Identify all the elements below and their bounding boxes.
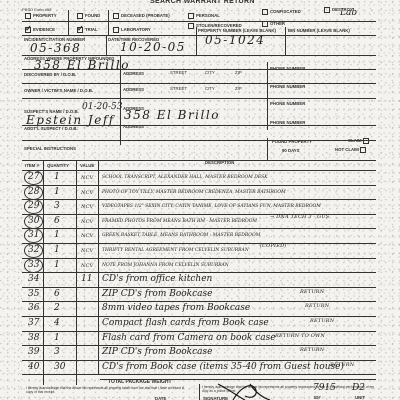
row-note: RETURN [330,362,354,368]
special-instructions-label: SPECIAL INSTRUCTIONS [24,146,76,151]
divider [22,69,376,70]
address-label: ADDRESS [123,124,144,129]
item-number: 35 [28,289,39,299]
checkbox-box[interactable] [324,7,330,13]
phone-label: PHONE NUMBER [270,120,305,125]
divider [22,83,376,84]
checkbox-laboratory[interactable]: LABORATORY [113,27,151,33]
id-value[interactable]: 7915 [313,383,336,393]
item-number: 40 [28,362,39,372]
found-property-label: FOUND PROPERTY [272,139,312,144]
table-row[interactable]: 356ZIP CD's from BookcaseRETURN [22,287,376,302]
quantity: 1 [54,333,60,343]
item-circle-mark [24,228,43,243]
quantity: 1 [54,230,60,240]
checkbox-box[interactable] [360,147,366,153]
suspect-address[interactable]: 358 El Brillo [124,108,220,122]
not-claim-checkbox[interactable]: NOT CLAIM [335,147,368,153]
divider [22,140,376,141]
quantity: 1 [54,245,60,255]
unit-label: UNIT [355,395,365,400]
value: NCV [81,175,93,181]
checkbox-trial[interactable]: TRIAL [77,27,98,33]
quantity: 3 [54,201,60,211]
street-label: Street [170,70,187,75]
property-number-value[interactable]: 05-1024 [205,33,265,47]
item-number: 37 [28,318,39,328]
description: NOTE FROM JOHANNA FROM CELVELIN SUBURBAN [102,263,229,268]
owner-label: OWNER / VICTIM'S NAME / D.O.B. [24,88,93,93]
phone-label: PHONE NUMBER [270,101,305,106]
row-note: → DNA tech 3 - Gus [270,214,329,220]
quantity: 30 [54,362,65,372]
checkbox-property[interactable]: PROPERTY [25,13,57,19]
id-label: ID# [314,395,321,400]
item-circle-mark [24,258,43,273]
description: ZIP CD's from Bookcase [102,347,212,357]
table-row[interactable]: 3411CD's from office kitchen [22,272,376,287]
phone-label: PHONE NUMBER [270,84,305,89]
column-header-item: ITEM # [25,163,39,168]
checkbox-box[interactable] [262,21,268,27]
table-row[interactable]: 4030CD's from Book case (items 35-40 fro… [22,360,376,375]
checkbox-box[interactable] [113,13,119,19]
value: NCV [81,219,93,225]
table-row[interactable]: 306NCVFRAMED PHOTOS FROM MEANS BATH RM -… [22,214,376,229]
value: NCV [81,263,93,269]
table-row[interactable]: 271NCVSCHOOL TRANSCRIPT, ALEXANDER HALL,… [22,170,376,185]
divider [267,62,268,130]
column-header-value: VALUE [80,163,94,168]
description: SCHOOL TRANSCRIPT, ALEXANDER HALL, MASTE… [102,175,268,180]
date-footer-label: DATE [155,396,166,400]
checkbox-evidence[interactable]: EVIDENCE [25,27,55,33]
item-number: 38 [28,333,39,343]
item-circle-mark [24,243,43,258]
row-divider [22,374,376,375]
found-days-label: 90 DAYS [282,148,300,153]
item-circle-mark [24,185,43,200]
table-row[interactable]: 331NCVNOTE FROM JOHANNA FROM CELVELIN SU… [22,258,376,273]
table-row[interactable]: 281NCVPHOTO OF TOY TILLY, MASTER BEDROOM… [22,185,376,200]
address-label: ADDRESS [123,71,144,76]
description: Flash card from Camera on book case [102,333,276,343]
table-row[interactable]: 293NCVVIDEOTAPES 1/2" SEXIN CITY, CATIN … [22,199,376,214]
checkbox-box[interactable] [113,27,119,33]
divider [196,27,197,55]
table-row[interactable]: 311NCVGREEN BASKET TABLE, MEANS BATHROOM… [22,228,376,243]
item-circle-mark [24,214,43,229]
checkbox-box[interactable] [77,13,83,19]
table-row[interactable]: 3628mm video tapes from BookcaseRETURN [22,301,376,316]
description: GREEN BASKET TABLE, MEANS BATHROOM - MAS… [102,233,260,238]
value: NCV [81,233,93,239]
checkbox-other[interactable]: OTHER [262,21,285,27]
description: Compact flash cards from Book case [102,318,269,328]
date-value[interactable]: 10-20-05 [120,40,186,54]
suspect-dob[interactable]: 01-20-53 [82,102,122,112]
street-label: Street [170,86,187,91]
divider [22,98,376,99]
checkbox-personal[interactable]: PERSONAL [188,13,220,19]
city-label: City [205,86,215,91]
item-number: 34 [28,274,39,284]
quantity: 2 [54,303,60,313]
value: NCV [81,204,93,210]
form-title: SEARCH WARRANT RETURN [150,0,255,5]
value: 11 [81,274,92,284]
quantity: 6 [54,216,60,226]
row-note: RETURN [300,347,324,353]
divider [22,21,376,22]
discovered-by-label: DISCOVERED BY / D.O.B. [24,72,76,77]
description: ZIP CD's from Bookcase [102,289,212,299]
checkbox-deceased[interactable]: DECEASED (Probate) [113,13,170,19]
description: PHOTO OF TOY TILLY, MASTER BEDROOM CREDE… [102,190,286,195]
checkbox-confiscated[interactable]: CONFISCATED [262,9,301,15]
checkbox-found[interactable]: FOUND [77,13,100,19]
left-acknowledgement: I hereby acknowledge that the above list… [26,386,191,394]
signature-scribble [215,380,275,400]
table-row[interactable]: 374Compact flash cards from Book caseRET… [22,316,376,331]
description: 8mm video tapes from Bookcase [102,303,250,313]
checkbox-box[interactable] [25,13,31,19]
quantity: 1 [54,260,60,270]
divider [199,384,200,400]
row-note: RETURN [300,289,324,295]
divider [120,55,121,145]
column-header-quantity: QUANTITY [47,163,69,168]
quantity: 6 [54,289,60,299]
divider [68,10,69,35]
incident-value[interactable]: 05-368 [30,41,81,55]
item-circle-mark [24,170,43,185]
table-row[interactable]: 321NCVTHRIFTY RENTAL AGREEMENT FROM CELV… [22,243,376,258]
checkbox-box[interactable] [188,23,194,29]
divider [285,27,286,55]
quantity: 3 [54,347,60,357]
form-id: PBSO Form #59 [22,7,51,12]
quantity: 4 [54,318,60,328]
city-label: City [205,70,215,75]
column-header-description: DESCRIPTION [205,160,234,165]
row-note: RETURN [310,318,334,324]
item-number: 36 [28,303,39,313]
description: THRIFTY RENTAL AGREEMENT FROM CELVELIN S… [102,248,249,253]
row-note: RETURN [305,303,329,309]
value: NCV [81,190,93,196]
quantity: 1 [54,187,60,197]
bin-number-label: BIN NUMBER (Leave Blank) [288,28,350,33]
quantity: 1 [54,172,60,182]
table-row[interactable]: 381Flash card from Camera on book caseRE… [22,331,376,346]
row-note: RETURN TO OWN [275,333,325,339]
claim-checkbox[interactable]: CLAIM [348,138,371,144]
address-label: ADDRESS [123,87,144,92]
zip-label: Zip [235,70,242,75]
checkbox-box[interactable] [262,9,268,15]
item-number: 39 [28,347,39,357]
divider [106,35,107,55]
divider [267,138,268,160]
description: VIDEOTAPES 1/2" SEXIN CITY, CATIN TANIME… [102,204,321,209]
divider [22,35,376,36]
divider [108,10,109,35]
checkbox-box-checked[interactable] [77,27,83,33]
unit-value[interactable]: D2 [352,383,365,393]
addl-suspect-label: ADDT'L SUSPECT / D.O.B. [24,126,78,131]
other-handwritten: Lab [340,8,357,18]
zip-label: Zip [235,86,242,91]
checkbox-box[interactable] [363,138,369,144]
item-circle-mark [24,199,43,214]
description: FRAMED PHOTOS FROM MEANS BATH RM - MASTE… [102,219,257,224]
row-note: (COPIED) [260,243,286,249]
total-package-weight-label: TOTAL PACKAGE WEIGHT [108,379,172,385]
table-row[interactable]: 393ZIP CD's from BookcaseRETURN [22,345,376,360]
phone-label: PHONE NUMBER [270,66,305,71]
description: CD's from office kitchen [102,274,212,284]
value: NCV [81,248,93,254]
checkbox-box[interactable] [188,13,194,19]
description: CD's from Book case (items 35-40 from Gu… [102,362,344,372]
checkbox-box-checked[interactable] [25,27,31,33]
